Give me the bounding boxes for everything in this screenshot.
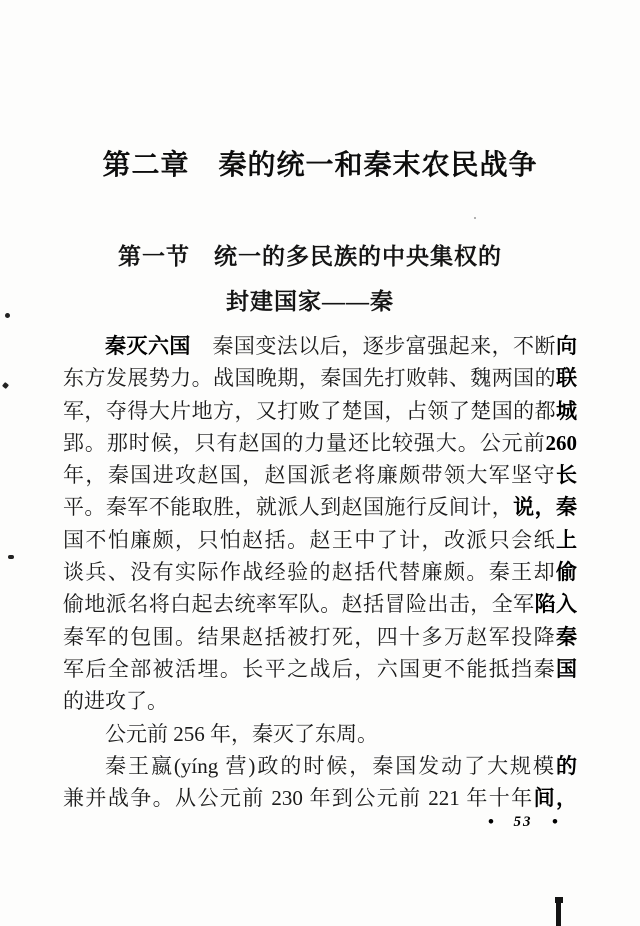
page-number-left-dot: • — [488, 812, 494, 832]
body-bold-segment: 向 — [556, 334, 577, 358]
chapter-title: 第二章 秦的统一和秦末农民战争 — [0, 149, 640, 183]
ink-mark — [556, 897, 561, 926]
body-line: 郢。那时候，只有赵国的力量还比较强大。公元前260 — [63, 427, 577, 459]
body-bold-segment: 偷 — [556, 560, 577, 584]
body-bold-segment: 间， — [534, 786, 577, 810]
body-text-segment: 东方发展势力。战国晚期，秦国先打败韩、魏两国的 — [63, 366, 556, 390]
body-bold-segment: 联 — [556, 366, 577, 390]
section-title-line1: 第一节 统一的多民族的中央集权的 — [0, 234, 620, 279]
body-line: 秦王嬴(yíng 营)政的时候，秦国发动了大规模的 — [63, 750, 577, 782]
body-bold-segment: 秦 — [556, 625, 577, 649]
body-bold-segment: 说，秦 — [513, 495, 577, 519]
scan-speck — [474, 217, 476, 219]
body-text: 秦灭六国 秦国变法以后，逐步富强起来，不断向东方发展势力。战国晚期，秦国先打败韩… — [63, 330, 577, 814]
body-bold-segment: 秦灭六国 — [105, 334, 191, 358]
body-text-segment: 年，秦国进攻赵国，赵国派老将廉颇带领大军坚守 — [63, 463, 556, 487]
body-text-segment: 兼并战争。从公元前 230 年到公元前 221 年十年 — [63, 786, 534, 810]
body-bold-segment: 260 — [546, 431, 578, 455]
body-text-segment: 国不怕廉颇，只怕赵括。赵王中了计，改派只会纸 — [63, 528, 556, 552]
section-title-line2: 封建国家——秦 — [0, 279, 620, 324]
body-bold-segment: 城 — [556, 399, 577, 423]
scan-speck — [2, 382, 9, 389]
body-line: 秦军的包围。结果赵括被打死，四十多万赵军投降秦 — [63, 621, 577, 653]
page-number-value: 53 — [514, 814, 533, 831]
body-line: 谈兵、没有实际作战经验的赵括代替廉颇。秦王却偷 — [63, 556, 577, 588]
body-text-segment: 谈兵、没有实际作战经验的赵括代替廉颇。秦王却 — [63, 560, 556, 584]
body-bold-segment: 上 — [556, 528, 577, 552]
body-line: 平。秦军不能取胜，就派人到赵国施行反间计，说，秦 — [63, 491, 577, 523]
body-line: 公元前 256 年，秦灭了东周。 — [63, 718, 577, 750]
page-number: • 53 • — [488, 812, 558, 832]
body-text-segment: 的进攻了。 — [63, 689, 168, 713]
body-bold-segment: 长 — [556, 463, 577, 487]
scan-speck — [5, 313, 10, 318]
scan-speck — [8, 555, 14, 559]
body-text-segment: 公元前 256 年，秦灭了东周。 — [105, 722, 378, 746]
body-line: 的进攻了。 — [63, 685, 577, 717]
body-bold-segment: 陷入 — [535, 592, 577, 616]
body-line: 秦灭六国 秦国变法以后，逐步富强起来，不断向 — [63, 330, 577, 362]
body-line: 年，秦国进攻赵国，赵国派老将廉颇带领大军坚守长 — [63, 459, 577, 491]
body-line: 东方发展势力。战国晚期，秦国先打败韩、魏两国的联 — [63, 362, 577, 394]
body-bold-segment: 的 — [556, 754, 577, 778]
section-title: 第一节 统一的多民族的中央集权的 封建国家——秦 — [0, 234, 620, 324]
body-line: 偷地派名将白起去统率军队。赵括冒险出击，全军陷入 — [63, 588, 577, 620]
body-line: 国不怕廉颇，只怕赵括。赵王中了计，改派只会纸上 — [63, 524, 577, 556]
body-text-segment: 军，夺得大片地方，又打败了楚国，占领了楚国的都 — [63, 399, 556, 423]
page-number-right-dot: • — [552, 812, 558, 832]
body-line: 军，夺得大片地方，又打败了楚国，占领了楚国的都城 — [63, 395, 577, 427]
body-line: 军后全部被活埋。长平之战后，六国更不能抵挡秦国 — [63, 653, 577, 685]
body-text-segment: 秦国变法以后，逐步富强起来，不断 — [191, 334, 556, 358]
body-text-segment: 郢。那时候，只有赵国的力量还比较强大。公元前 — [63, 431, 546, 455]
body-bold-segment: 国 — [556, 657, 577, 681]
body-text-segment: 军后全部被活埋。长平之战后，六国更不能抵挡秦 — [63, 657, 556, 681]
body-text-segment: 偷地派名将白起去统率军队。赵括冒险出击，全军 — [63, 592, 535, 616]
body-text-segment: 平。秦军不能取胜，就派人到赵国施行反间计， — [63, 495, 513, 519]
body-text-segment: 秦军的包围。结果赵括被打死，四十多万赵军投降 — [63, 625, 556, 649]
body-text-segment: 秦王嬴(yíng 营)政的时候，秦国发动了大规模 — [105, 754, 556, 778]
scanned-book-page: 第二章 秦的统一和秦末农民战争 第一节 统一的多民族的中央集权的 封建国家——秦… — [0, 0, 640, 926]
body-line: 兼并战争。从公元前 230 年到公元前 221 年十年间， — [63, 782, 577, 814]
